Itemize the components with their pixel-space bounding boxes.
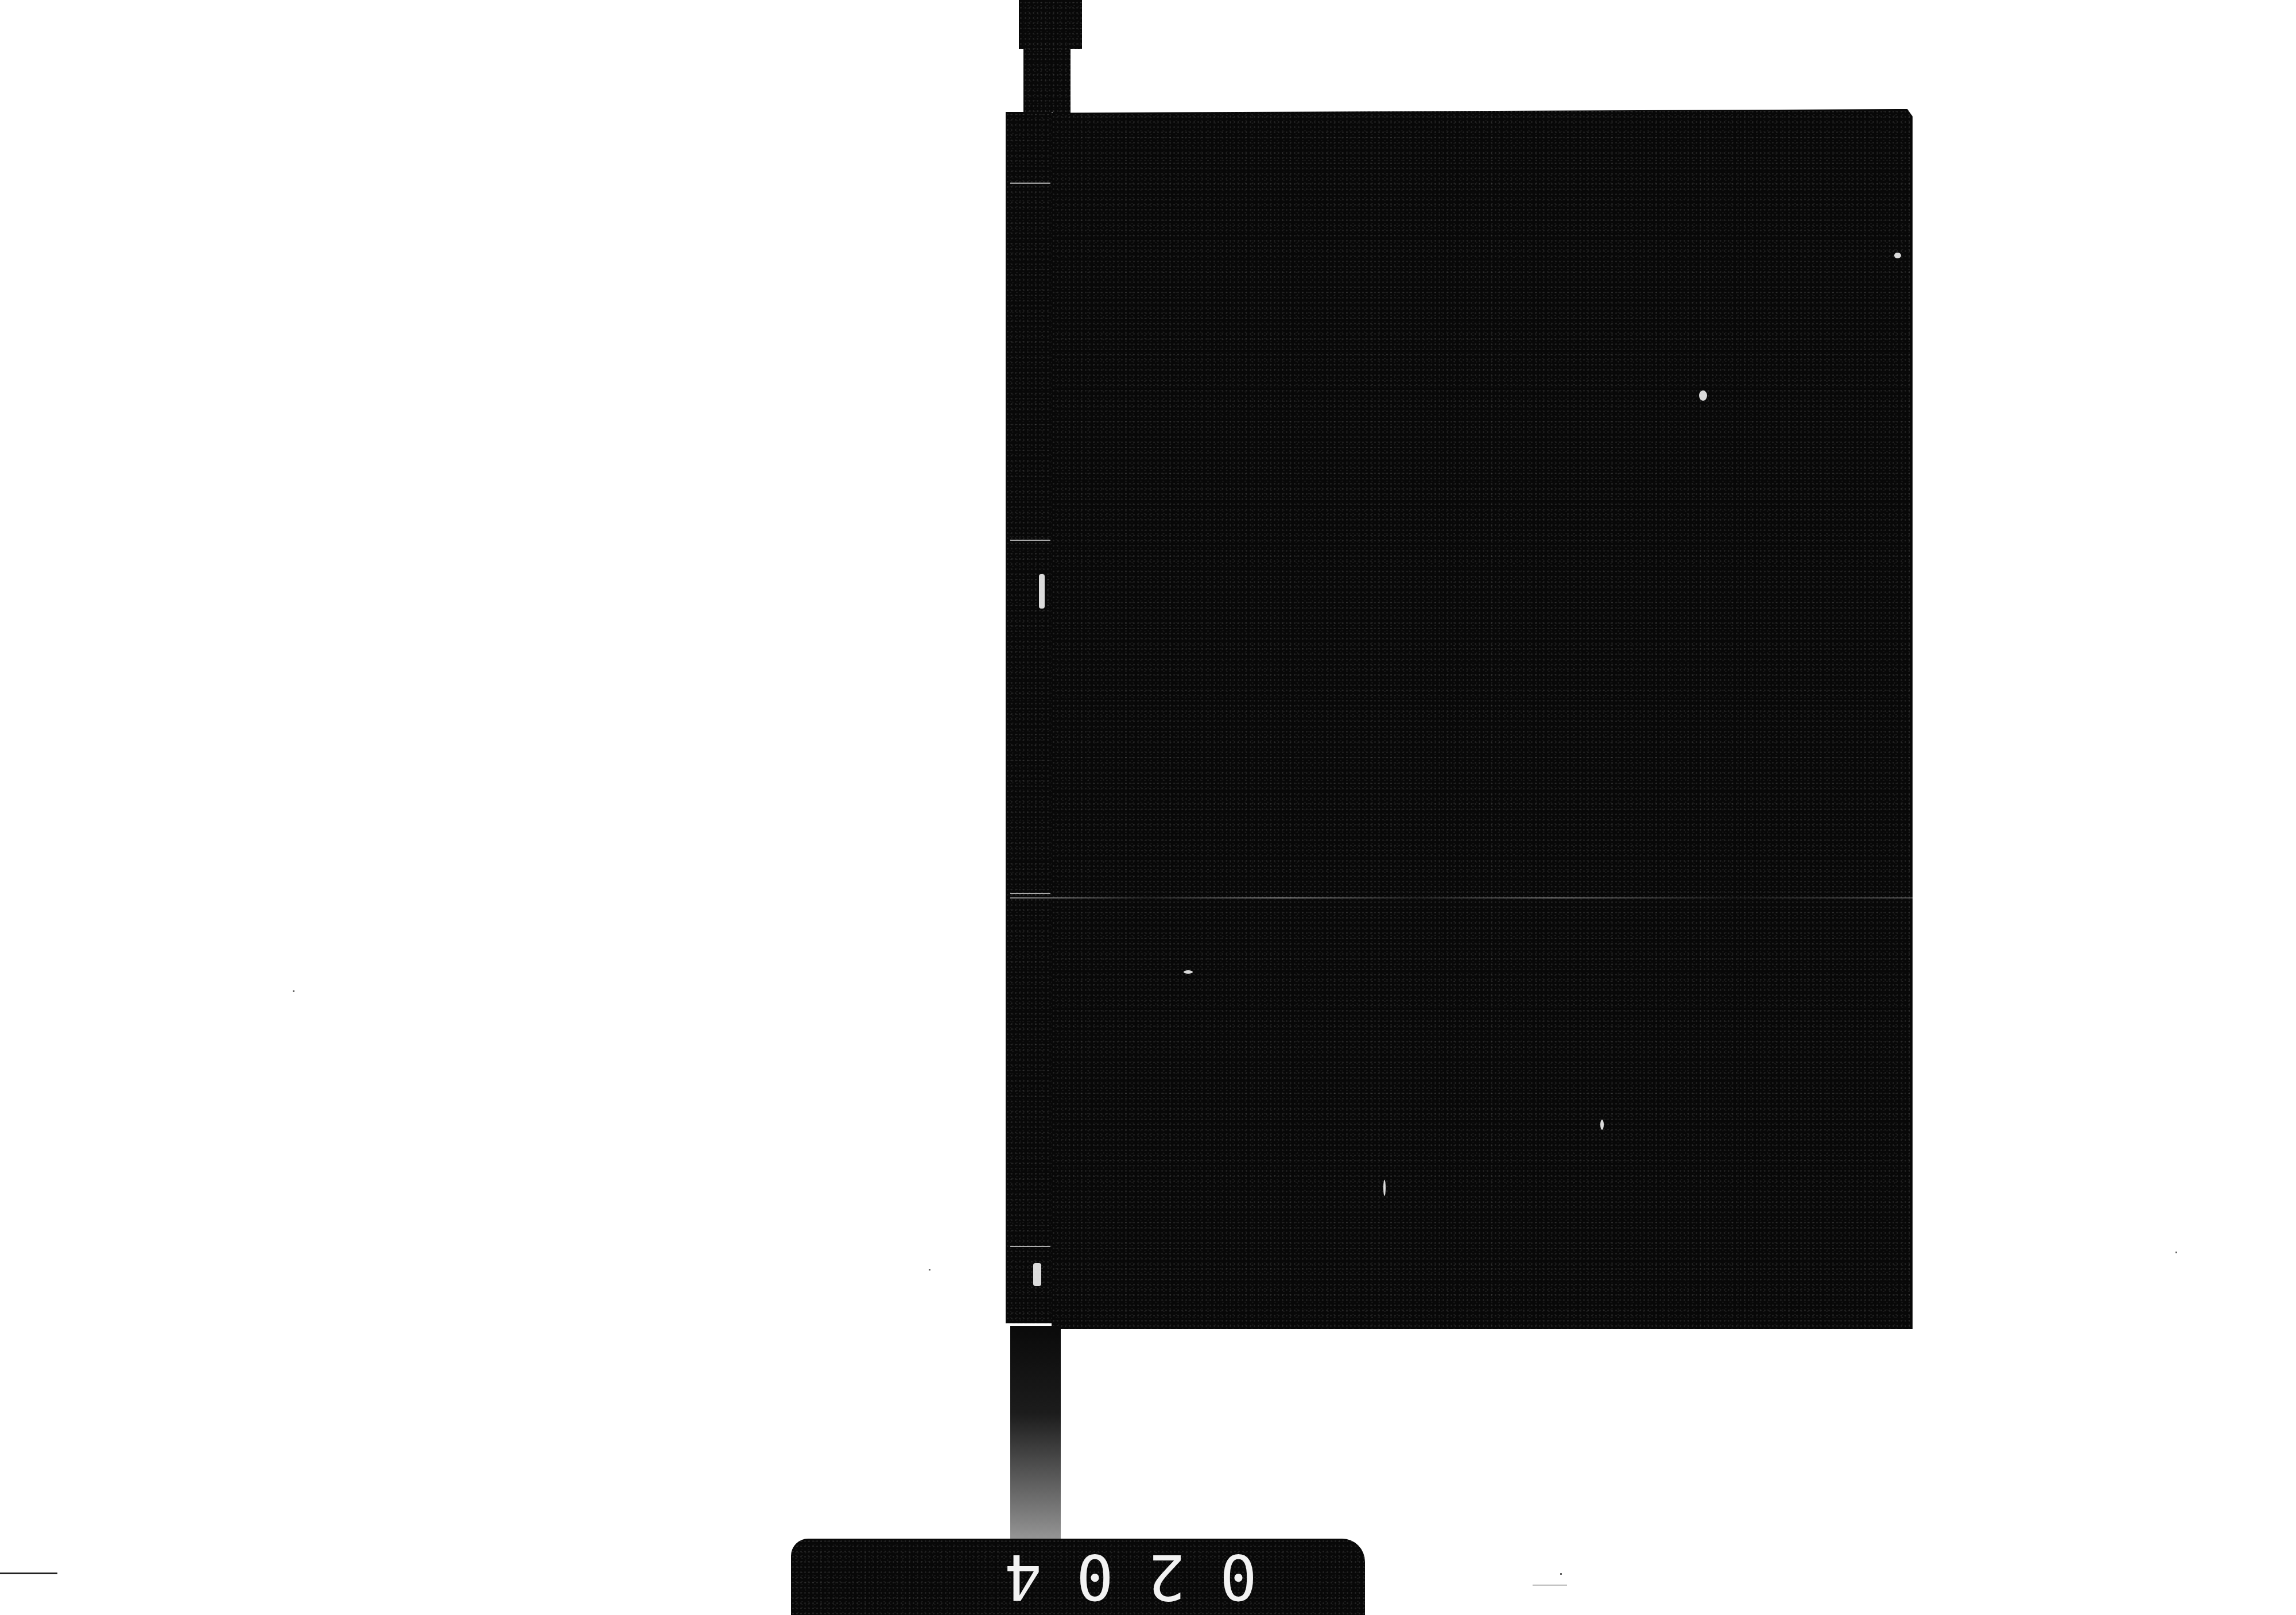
spine-damage [1039, 574, 1045, 609]
top-binding-strip [1023, 0, 1071, 115]
cover-speck [1894, 253, 1901, 258]
scan-dust [929, 1269, 930, 1271]
spine-band [1010, 1246, 1050, 1247]
cover-speck [1600, 1120, 1604, 1130]
scan-artifact-line [1533, 1585, 1567, 1586]
spine-band [1010, 893, 1050, 894]
spine-damage [1033, 1263, 1041, 1286]
spine-band [1010, 540, 1050, 541]
book-cover [1052, 109, 1913, 1329]
book-spine [1006, 112, 1053, 1323]
scan-artifact-line [0, 1573, 57, 1574]
cover-crease-line [1010, 897, 1914, 898]
scan-dust [2175, 1252, 2177, 1253]
bottom-binding-strip [1010, 1326, 1061, 1544]
cover-speck [1699, 390, 1707, 401]
cover-speck [1184, 970, 1193, 974]
frame-number: 0204 [953, 1544, 1274, 1608]
scan-dust [293, 990, 294, 992]
cover-speck [1383, 1180, 1386, 1196]
spine-band [1010, 183, 1050, 184]
scan-dust [1560, 1573, 1562, 1575]
